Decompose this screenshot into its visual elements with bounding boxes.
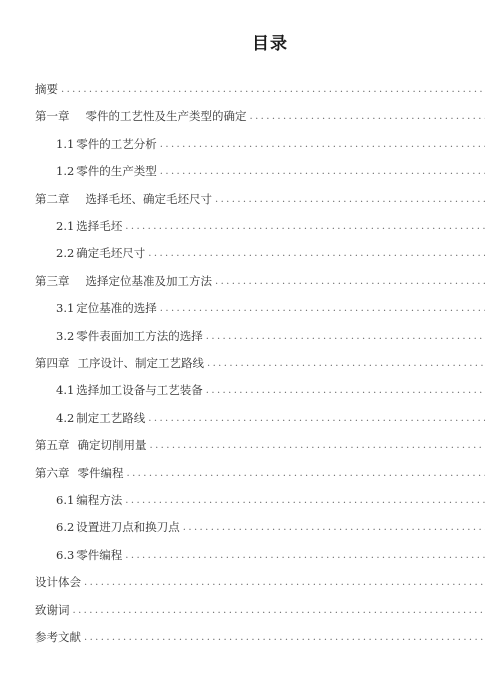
toc-entry-label: 3.2零件表面加工方法的选择 (56, 327, 203, 345)
toc-entry-text: 确定切削用量 (78, 438, 147, 452)
toc-entry-chapter[interactable]: 参考文献....................................… (35, 628, 485, 646)
toc-entry-chapter[interactable]: 第二章选择毛坯、确定毛坯尺寸..........................… (35, 190, 485, 208)
toc-entry-number: 2.2 (56, 246, 74, 260)
toc-entry-text: 设计体会 (35, 575, 81, 589)
toc-entry-number: 2.1 (56, 219, 74, 233)
dot-leader: ........................................… (215, 190, 485, 208)
dot-leader: ........................................… (150, 436, 485, 454)
toc-entry-label: 第六章零件编程 (35, 464, 124, 482)
toc-entry-section[interactable]: 6.1编程方法.................................… (56, 491, 485, 509)
dot-leader: ........................................… (160, 299, 485, 317)
dot-leader: ........................................… (125, 491, 485, 509)
toc-entry-number: 6.3 (56, 548, 74, 562)
dot-leader: ........................................… (207, 354, 485, 372)
toc-entry-number: 第六章 (35, 466, 70, 480)
toc-entry-text: 参考文献 (35, 630, 81, 644)
toc-entry-text: 零件的生产类型 (76, 164, 157, 178)
toc-entry-section[interactable]: 6.3零件编程.................................… (56, 546, 485, 564)
toc-entry-label: 2.1选择毛坯 (56, 217, 122, 235)
toc-entry-section[interactable]: 2.2确定毛坯尺寸...............................… (56, 244, 485, 262)
dot-leader: ........................................… (84, 573, 485, 591)
toc-entry-number: 3.2 (56, 329, 74, 343)
toc-entry-label: 6.3零件编程 (56, 546, 122, 564)
toc-entry-label: 6.1编程方法 (56, 491, 122, 509)
toc-entry-chapter[interactable]: 第五章确定切削用量...............................… (35, 436, 485, 454)
dot-leader: ........................................… (183, 518, 485, 536)
toc-entry-number: 6.2 (56, 520, 74, 534)
page-title: 目录 (0, 29, 485, 54)
toc-entry-label: 参考文献 (35, 628, 81, 646)
dot-leader: ........................................… (215, 272, 485, 290)
dot-leader: ........................................… (61, 80, 485, 98)
dot-leader: ........................................… (250, 107, 485, 125)
toc-entry-label: 摘要 (35, 80, 58, 98)
toc-entry-number: 第四章 (35, 356, 70, 370)
dot-leader: ........................................… (148, 409, 485, 427)
toc-entry-text: 零件编程 (78, 466, 124, 480)
toc-entry-text: 设置进刀点和换刀点 (76, 520, 180, 534)
toc-entry-section[interactable]: 6.2设置进刀点和换刀点............................… (56, 518, 485, 536)
toc-entry-chapter[interactable]: 摘要......................................… (35, 80, 485, 98)
toc-entry-label: 2.2确定毛坯尺寸 (56, 244, 145, 262)
toc-entry-text: 选择毛坯 (76, 219, 122, 233)
toc-entry-section[interactable]: 3.1定位基准的选择..............................… (56, 299, 485, 317)
toc-entry-chapter[interactable]: 致谢词.....................................… (35, 601, 485, 619)
toc-entry-text: 确定毛坯尺寸 (76, 246, 145, 260)
toc-entry-section[interactable]: 4.1选择加工设备与工艺装备..........................… (56, 381, 485, 399)
toc-entry-label: 第三章选择定位基准及加工方法 (35, 272, 212, 290)
toc-entry-number: 4.1 (56, 383, 74, 397)
dot-leader: ........................................… (160, 162, 485, 180)
toc-entry-number: 第二章 (35, 192, 70, 206)
toc-entry-label: 6.2设置进刀点和换刀点 (56, 518, 180, 536)
toc-entry-label: 第五章确定切削用量 (35, 436, 147, 454)
toc-entry-text: 选择毛坯、确定毛坯尺寸 (86, 192, 213, 206)
toc-entry-chapter[interactable]: 设计体会....................................… (35, 573, 485, 591)
toc-entry-text: 摘要 (35, 82, 58, 96)
dot-leader: ........................................… (125, 546, 485, 564)
toc-entry-section[interactable]: 2.1选择毛坯.................................… (56, 217, 485, 235)
toc-entry-chapter[interactable]: 第三章选择定位基准及加工方法..........................… (35, 272, 485, 290)
toc-entry-chapter[interactable]: 第四章工序设计、制定工艺路线..........................… (35, 354, 485, 372)
toc-entry-text: 选择定位基准及加工方法 (86, 274, 213, 288)
toc-entry-label: 1.1零件的工艺分析 (56, 135, 157, 153)
toc-entry-text: 零件的工艺性及生产类型的确定 (86, 109, 247, 123)
toc-entry-label: 第一章零件的工艺性及生产类型的确定 (35, 107, 247, 125)
toc-entry-text: 零件的工艺分析 (76, 137, 157, 151)
toc-entry-label: 1.2零件的生产类型 (56, 162, 157, 180)
dot-leader: ........................................… (160, 135, 485, 153)
toc-entry-text: 工序设计、制定工艺路线 (78, 356, 205, 370)
dot-leader: ........................................… (206, 381, 485, 399)
toc-entry-section[interactable]: 1.2零件的生产类型..............................… (56, 162, 485, 180)
toc-entry-label: 设计体会 (35, 573, 81, 591)
dot-leader: ........................................… (84, 628, 485, 646)
toc-page: 目录 摘要...................................… (0, 0, 485, 673)
toc-entry-number: 第五章 (35, 438, 70, 452)
toc-entry-number: 4.2 (56, 411, 74, 425)
toc-entry-text: 致谢词 (35, 603, 70, 617)
toc-entry-number: 1.1 (56, 137, 74, 151)
dot-leader: ........................................… (125, 217, 485, 235)
toc-entry-text: 零件编程 (76, 548, 122, 562)
toc-entry-chapter[interactable]: 第六章零件编程.................................… (35, 464, 485, 482)
toc-entry-text: 定位基准的选择 (76, 301, 157, 315)
toc-entry-number: 3.1 (56, 301, 74, 315)
toc-entry-label: 3.1定位基准的选择 (56, 299, 157, 317)
toc-entry-text: 零件表面加工方法的选择 (76, 329, 203, 343)
dot-leader: ........................................… (148, 244, 485, 262)
toc-entry-section[interactable]: 3.2零件表面加工方法的选择..........................… (56, 327, 485, 345)
toc-entry-section[interactable]: 1.1零件的工艺分析..............................… (56, 135, 485, 153)
toc-entry-section[interactable]: 4.2制定工艺路线...............................… (56, 409, 485, 427)
toc-entry-text: 编程方法 (76, 493, 122, 507)
toc-entry-text: 选择加工设备与工艺装备 (76, 383, 203, 397)
toc-entry-label: 第四章工序设计、制定工艺路线 (35, 354, 204, 372)
toc-entry-number: 6.1 (56, 493, 74, 507)
dot-leader: ........................................… (73, 601, 485, 619)
dot-leader: ........................................… (206, 327, 485, 345)
toc-entry-number: 第三章 (35, 274, 70, 288)
toc-entry-label: 4.1选择加工设备与工艺装备 (56, 381, 203, 399)
toc-entry-number: 1.2 (56, 164, 74, 178)
dot-leader: ........................................… (127, 464, 485, 482)
toc-entry-text: 制定工艺路线 (76, 411, 145, 425)
toc-entry-label: 致谢词 (35, 601, 70, 619)
toc-entry-chapter[interactable]: 第一章零件的工艺性及生产类型的确定.......................… (35, 107, 485, 125)
toc-entry-label: 4.2制定工艺路线 (56, 409, 145, 427)
toc-entry-label: 第二章选择毛坯、确定毛坯尺寸 (35, 190, 212, 208)
toc-entry-number: 第一章 (35, 109, 70, 123)
